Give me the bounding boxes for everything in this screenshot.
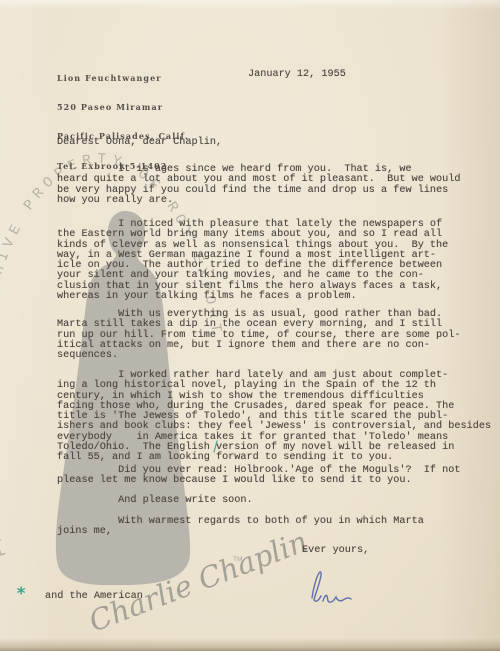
teal-insertion-caret xyxy=(214,441,217,452)
handwriting-layer xyxy=(0,0,500,651)
scanned-letter-page: FROM THE CHAPLIN ARCHIVE PROPERTY OF ROY… xyxy=(0,0,500,651)
lion-feuchtwanger-signature xyxy=(312,572,351,602)
